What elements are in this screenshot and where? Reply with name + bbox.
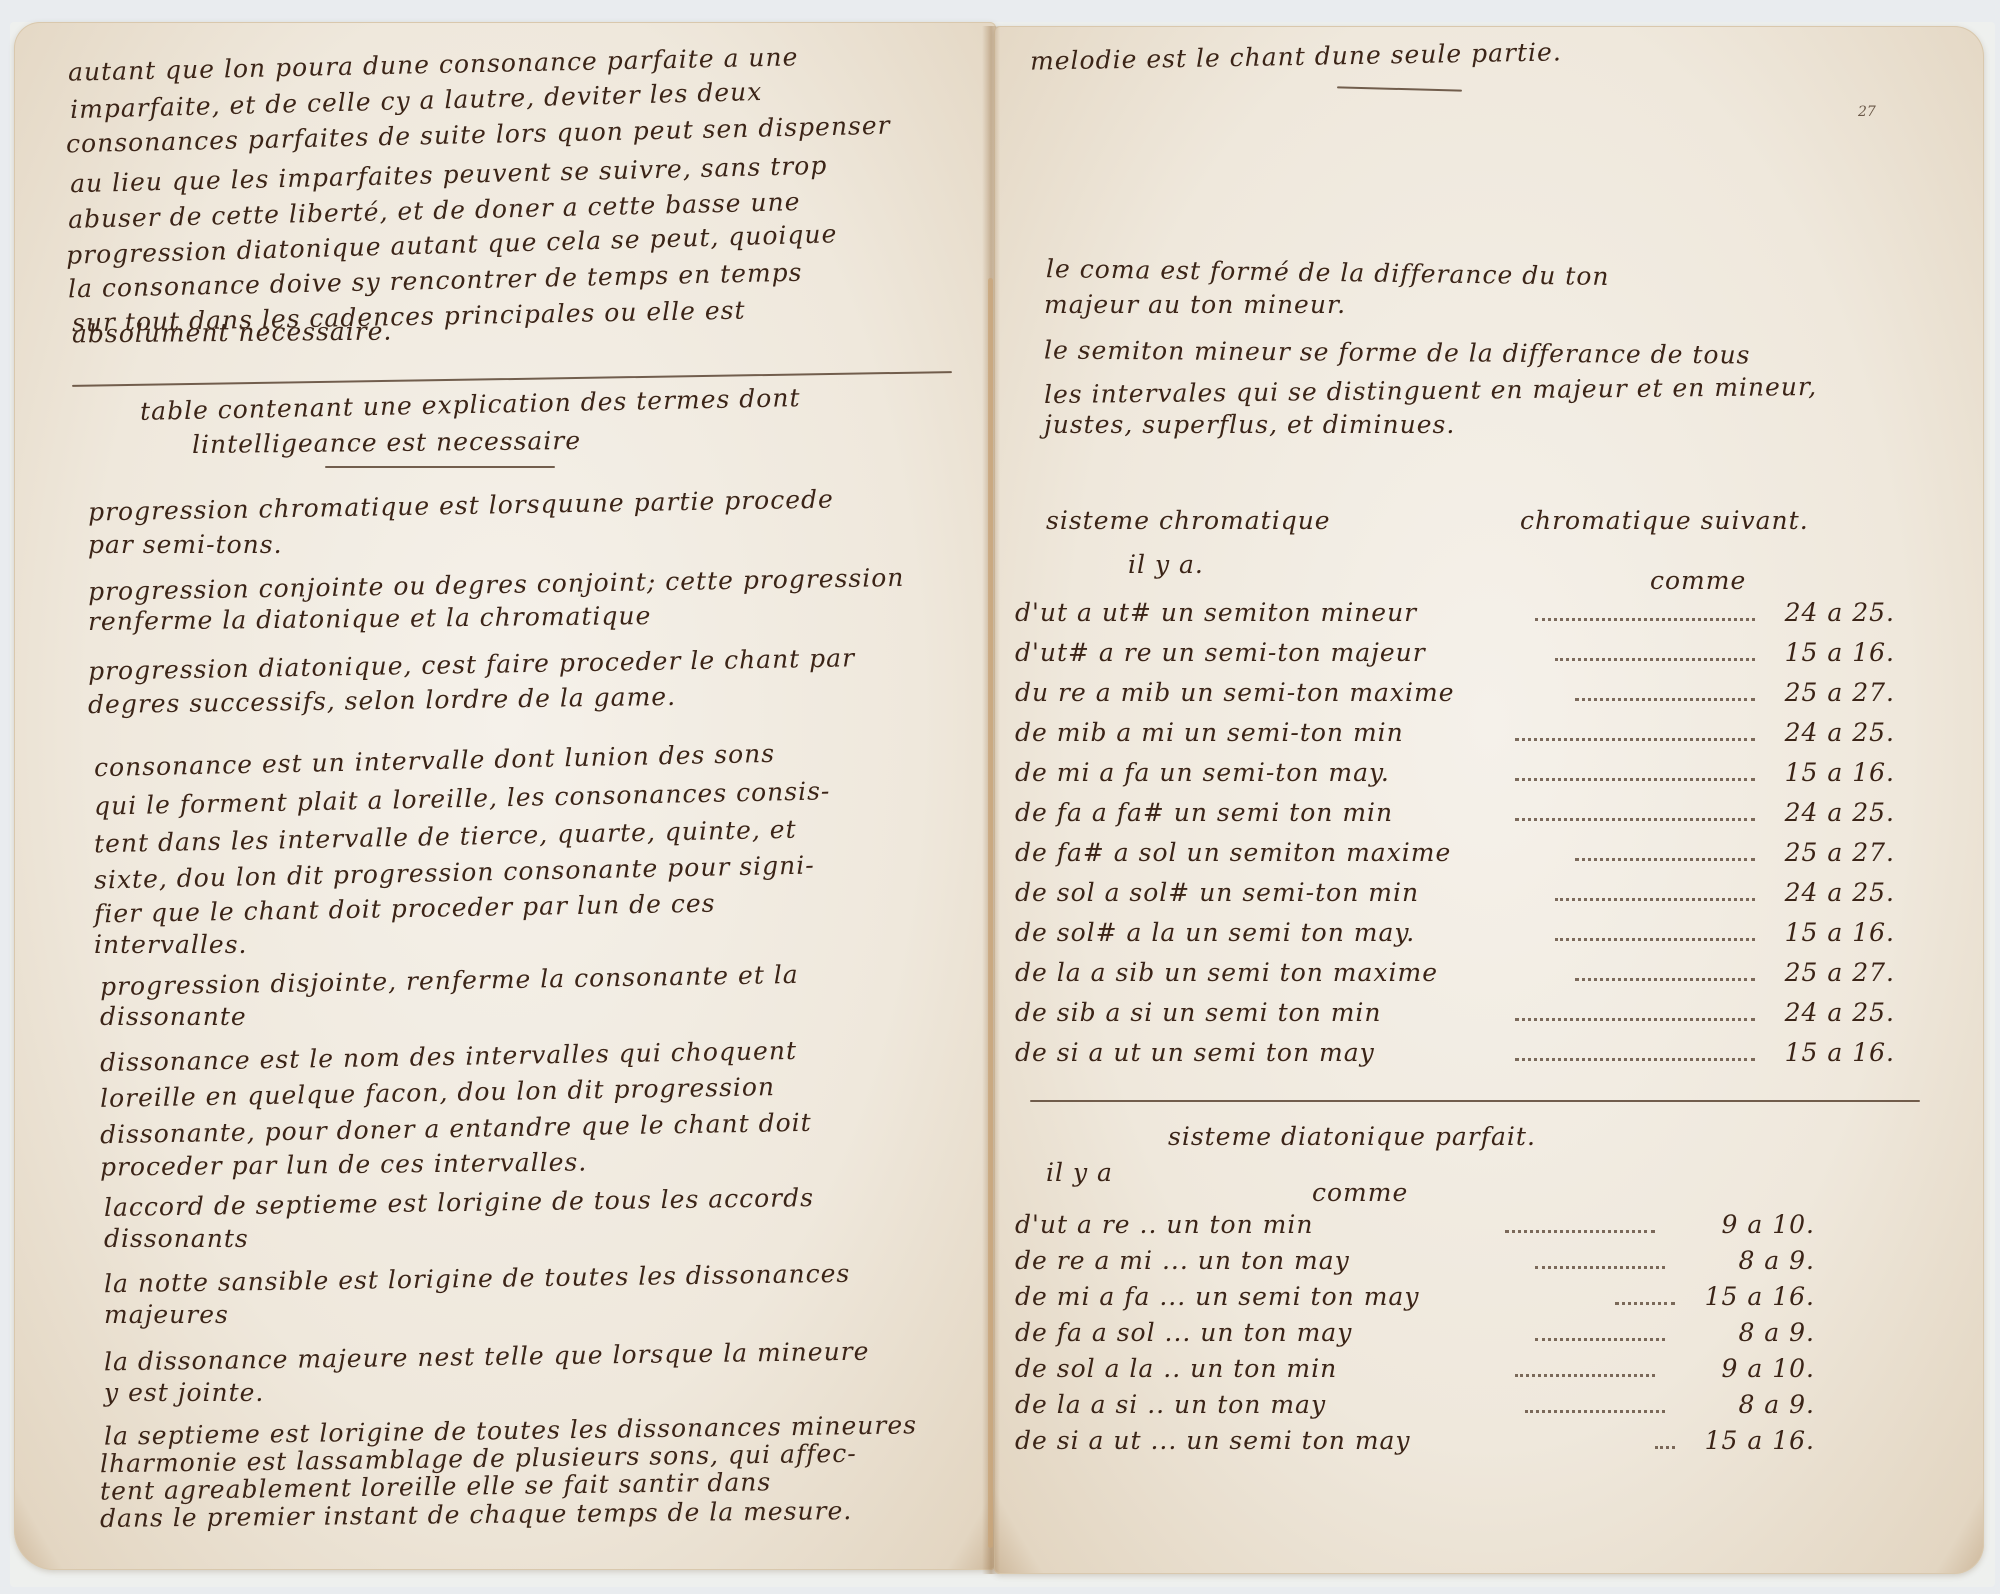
dot-leader [1575, 978, 1755, 981]
interval-name: de sib a si un semi ton min [1015, 1000, 1382, 1025]
chromatic-row: de mib a mi un semi-ton min 24 a 25. [1015, 720, 1895, 754]
interval-name: de mi a fa ... un semi ton may [1015, 1284, 1419, 1309]
dot-leader [1505, 1230, 1655, 1233]
chromatic-row: de si a ut un semi ton may 15 a 16. [1015, 1040, 1895, 1074]
section-divider [1030, 1100, 1920, 1102]
interval-name: de mib a mi un semi-ton min [1015, 720, 1404, 745]
chromatic-row: de sol a sol# un semi-ton min 24 a 25. [1015, 880, 1895, 914]
chromatic-row: de sib a si un semi ton min 24 a 25. [1015, 1000, 1895, 1034]
interval-name: du re a mib un semi-ton maxime [1015, 680, 1455, 705]
diatonic-row: de fa a sol ... un ton may 8 a 9. [1015, 1320, 1815, 1354]
ratio-value: 24 a 25. [1785, 880, 1895, 905]
chromatic-row: d'ut# a re un semi-ton majeur 15 a 16. [1015, 640, 1895, 674]
text-line: dissonants [104, 1226, 249, 1251]
interval-name: de mi a fa un semi-ton may. [1015, 760, 1390, 785]
ratio-value: 25 a 27. [1785, 960, 1895, 985]
text-line: proceder par lun de ces intervalles. [100, 1149, 587, 1179]
chromatic-row: de sol# a la un semi ton may. 15 a 16. [1015, 920, 1895, 954]
interval-name: de re a mi ... un ton may [1015, 1248, 1350, 1273]
ratio-value: 15 a 16. [1785, 760, 1895, 785]
heading-underline [325, 466, 555, 468]
interval-name: de fa# a sol un semiton maxime [1015, 840, 1451, 865]
text-line: degres successifs, selon lordre de la ga… [88, 684, 676, 717]
dot-leader [1555, 898, 1755, 901]
ratio-value: 9 a 10. [1722, 1356, 1815, 1381]
binding-thread [988, 278, 993, 1548]
il-y-a-label: il y a [1046, 1160, 1113, 1185]
ratio-value: 9 a 10. [1722, 1212, 1815, 1237]
chromatic-row: d'ut a ut# un semiton mineur 24 a 25. [1015, 600, 1895, 634]
dot-leader [1535, 1266, 1665, 1269]
chromatic-row: de fa a fa# un semi ton min 24 a 25. [1015, 800, 1895, 834]
dot-leader [1525, 1410, 1665, 1413]
interval-name: de si a ut ... un semi ton may [1015, 1428, 1411, 1453]
text-line: le semiton mineur se forme de la differa… [1044, 338, 1751, 368]
diatonic-title: sisteme diatonique parfait. [1168, 1124, 1536, 1149]
diatonic-row: de sol a la .. un ton min 9 a 10. [1015, 1356, 1815, 1390]
chromatic-row: de mi a fa un semi-ton may. 15 a 16. [1015, 760, 1895, 794]
chromatic-row: de fa# a sol un semiton maxime 25 a 27. [1015, 840, 1895, 874]
diatonic-row: de si a ut ... un semi ton may 15 a 16. [1015, 1428, 1815, 1462]
ratio-value: 25 a 27. [1785, 680, 1895, 705]
text-line: les intervales qui se distinguent en maj… [1044, 374, 1817, 407]
dot-leader [1555, 658, 1755, 661]
folio-number: 27 [1858, 104, 1876, 120]
chromatic-title-right: chromatique suivant. [1520, 508, 1809, 533]
dot-leader [1575, 858, 1755, 861]
text-line: le coma est formé de la differance du to… [1046, 256, 1610, 289]
text-line: dans le premier instant de chaque temps … [100, 1498, 853, 1531]
comme-label: comme [1312, 1180, 1408, 1205]
interval-name: de fa a sol ... un ton may [1015, 1320, 1352, 1345]
text-line: dissonante [100, 1004, 247, 1029]
dot-leader [1515, 1018, 1755, 1021]
text-line: par semi-tons. [88, 532, 283, 557]
text-line: intervalles. [94, 932, 247, 957]
dot-leader [1535, 618, 1755, 621]
dot-leader [1575, 698, 1755, 701]
ratio-value: 8 a 9. [1738, 1320, 1815, 1345]
interval-name: de fa a fa# un semi ton min [1015, 800, 1393, 825]
comme-label: comme [1650, 568, 1746, 593]
text-line: justes, superflus, et diminues. [1044, 412, 1455, 437]
dot-leader [1655, 1446, 1675, 1449]
diatonic-row: de la a si .. un ton may 8 a 9. [1015, 1392, 1815, 1426]
ratio-value: 15 a 16. [1785, 640, 1895, 665]
dot-leader [1615, 1302, 1675, 1305]
diatonic-row: de mi a fa ... un semi ton may 15 a 16. [1015, 1284, 1815, 1318]
text-line: majeures [104, 1302, 229, 1327]
ratio-value: 24 a 25. [1785, 720, 1895, 745]
interval-name: de si a ut un semi ton may [1015, 1040, 1375, 1065]
dot-leader [1515, 1374, 1655, 1377]
interval-name: de sol a la .. un ton min [1015, 1356, 1337, 1381]
interval-name: de la a si .. un ton may [1015, 1392, 1326, 1417]
chromatic-row: du re a mib un semi-ton maxime 25 a 27. [1015, 680, 1895, 714]
interval-name: d'ut a re .. un ton min [1015, 1212, 1313, 1237]
interval-name: de sol a sol# un semi-ton min [1015, 880, 1419, 905]
interval-name: d'ut# a re un semi-ton majeur [1015, 640, 1426, 665]
ratio-value: 8 a 9. [1738, 1248, 1815, 1273]
diatonic-row: de re a mi ... un ton may 8 a 9. [1015, 1248, 1815, 1282]
diatonic-row: d'ut a re .. un ton min 9 a 10. [1015, 1212, 1815, 1246]
ratio-value: 15 a 16. [1785, 1040, 1895, 1065]
ratio-value: 25 a 27. [1785, 840, 1895, 865]
chromatic-title-left: sisteme chromatique [1046, 508, 1331, 533]
text-line: renferme la diatonique et la chromatique [88, 603, 652, 634]
ratio-value: 24 a 25. [1785, 1000, 1895, 1025]
interval-name: d'ut a ut# un semiton mineur [1015, 600, 1417, 625]
ratio-value: 15 a 16. [1785, 920, 1895, 945]
dot-leader [1515, 738, 1755, 741]
dot-leader [1535, 1338, 1665, 1341]
dot-leader [1515, 778, 1755, 781]
ratio-value: 15 a 16. [1705, 1428, 1815, 1453]
text-line: y est jointe. [104, 1380, 264, 1405]
dot-leader [1515, 818, 1755, 821]
ratio-value: 24 a 25. [1785, 800, 1895, 825]
ratio-value: 24 a 25. [1785, 600, 1895, 625]
text-line: absolument necessaire. [72, 319, 393, 347]
dot-leader [1555, 938, 1755, 941]
ratio-value: 15 a 16. [1705, 1284, 1815, 1309]
interval-name: de la a sib un semi ton maxime [1015, 960, 1438, 985]
ratio-value: 8 a 9. [1738, 1392, 1815, 1417]
il-y-a-label: il y a. [1128, 552, 1204, 577]
dot-leader [1515, 1058, 1755, 1061]
heading-line: lintelligeance est necessaire [192, 428, 581, 457]
chromatic-row: de la a sib un semi ton maxime 25 a 27. [1015, 960, 1895, 994]
interval-name: de sol# a la un semi ton may. [1015, 920, 1415, 945]
text-line: majeur au ton mineur. [1044, 292, 1346, 317]
